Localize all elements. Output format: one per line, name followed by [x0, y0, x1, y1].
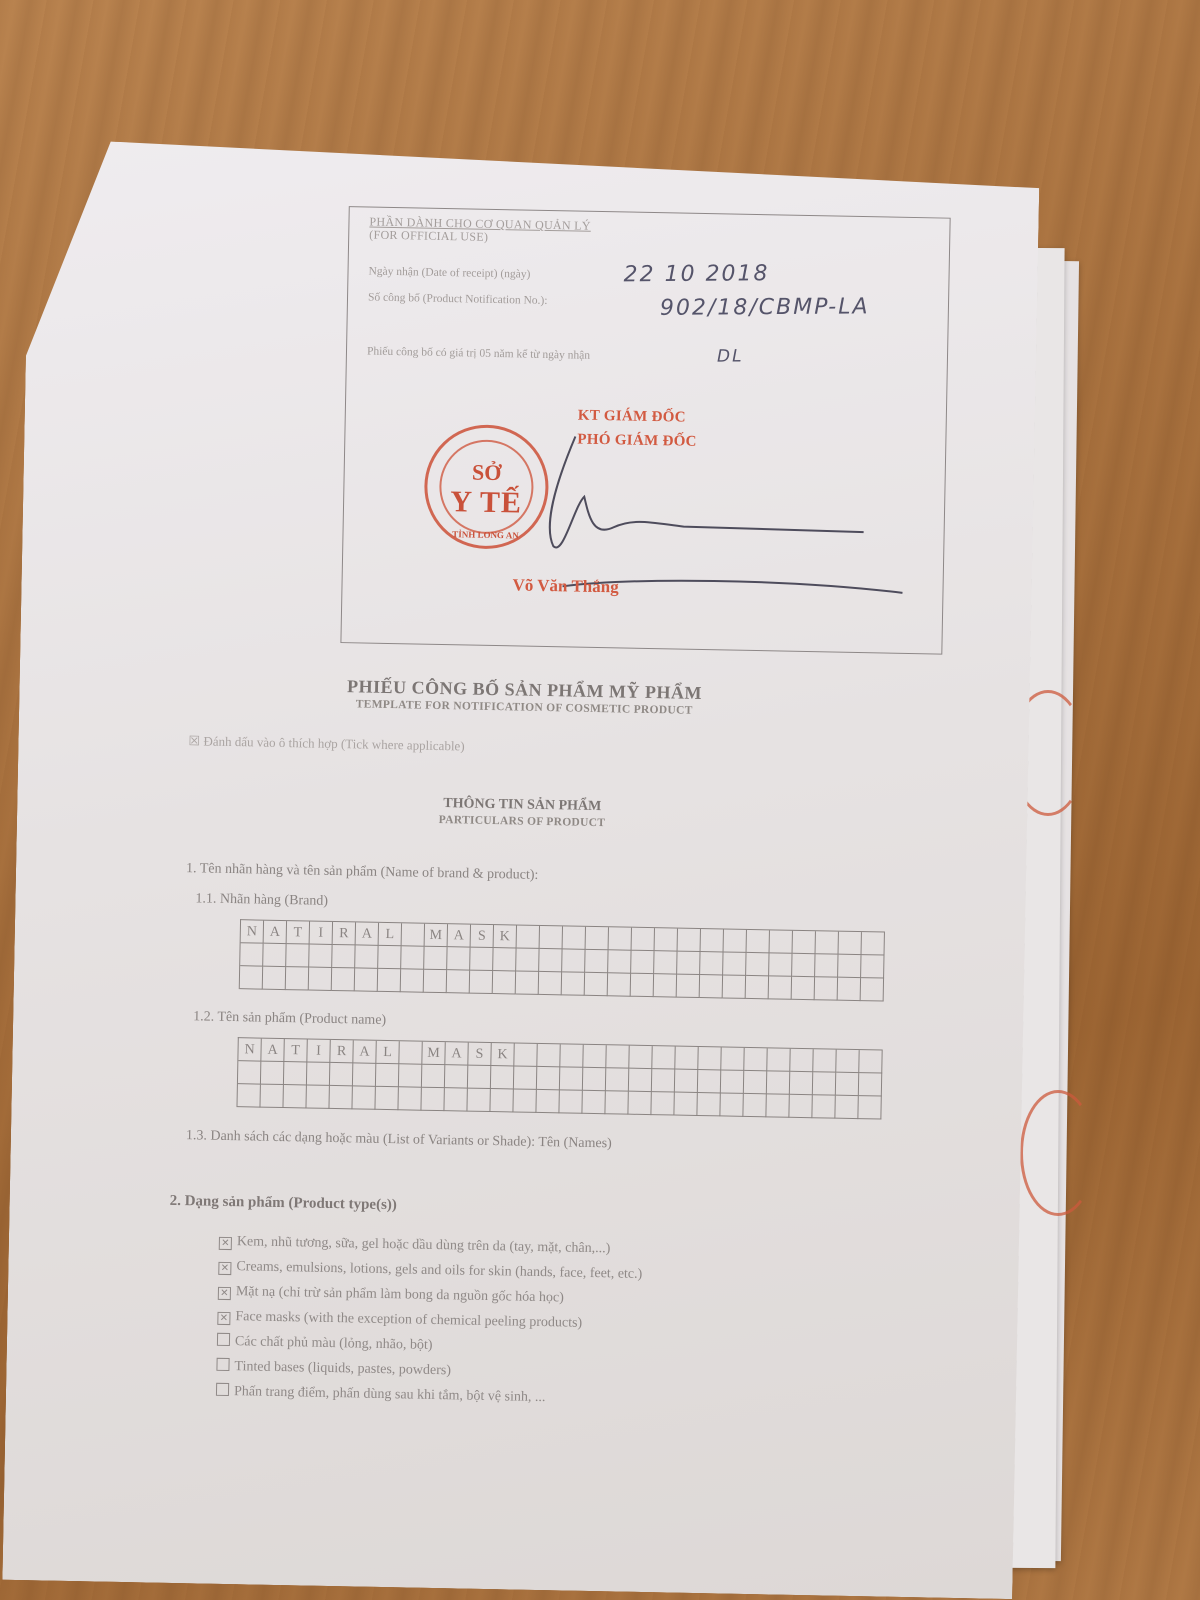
grid-cell: [700, 952, 723, 975]
grid-cell: M: [425, 924, 448, 947]
signer-name: Võ Văn Thắng: [512, 575, 619, 597]
grid-cell: [582, 1091, 605, 1114]
grid-cell: [355, 945, 378, 968]
grid-cell: [861, 978, 884, 1001]
grid-cell: [770, 930, 793, 953]
grid-cell: [375, 1087, 398, 1110]
grid-cell: [238, 1061, 261, 1084]
grid-cell: [632, 928, 655, 951]
official-use-header: PHẦN DÀNH CHO CƠ QUAN QUẢN LÝ (FOR OFFIC…: [369, 216, 591, 246]
grid-cell: I: [307, 1039, 330, 1062]
grid-cell: T: [287, 921, 310, 944]
product-type-label: Mặt nạ (chỉ trừ sản phẩm làm bong da ngu…: [236, 1284, 564, 1305]
grid-cell: [769, 976, 792, 999]
grid-cell: [836, 1050, 859, 1073]
grid-cell: [306, 1085, 329, 1108]
grid-cell: K: [491, 1043, 514, 1066]
grid-cell: [651, 1092, 674, 1115]
grid-cell: [513, 1089, 536, 1112]
grid-cell: [836, 1073, 859, 1096]
grid-cell: [447, 947, 470, 970]
grid-cell: [307, 1062, 330, 1085]
grid-cell: [674, 1093, 697, 1116]
grid-cell: [812, 1095, 835, 1118]
grid-cell: [606, 1068, 629, 1091]
grid-cell: [444, 1088, 467, 1111]
grid-cell: [859, 1073, 882, 1096]
grid-cell: [790, 1049, 813, 1072]
grid-cell: [332, 968, 355, 991]
grid-cell: K: [494, 925, 517, 948]
grid-cell: [675, 1070, 698, 1093]
grid-cell: [720, 1093, 743, 1116]
grid-cell: [283, 1085, 306, 1108]
grid-cell: [378, 969, 401, 992]
received-date-value: 22 10 2018: [623, 261, 769, 287]
grid-cell: [585, 973, 608, 996]
validity-initials: DL: [717, 346, 744, 366]
grid-cell: [698, 1070, 721, 1093]
grid-cell: [839, 932, 862, 955]
grid-cell: [353, 1063, 376, 1086]
grid-cell: [701, 929, 724, 952]
grid-cell: [858, 1096, 881, 1119]
validity-label: Phiếu công bố có giá trị 05 năm kể từ ng…: [367, 346, 590, 362]
grid-cell: [399, 1041, 422, 1064]
tick-instruction: ☒ Đánh dấu vào ô thích hợp (Tick where a…: [188, 733, 464, 754]
grid-cell: R: [330, 1040, 353, 1063]
grid-cell: [560, 1067, 583, 1090]
grid-cell: [539, 972, 562, 995]
grid-cell: [399, 1064, 422, 1087]
grid-cell: [352, 1086, 375, 1109]
grid-cell: [424, 947, 447, 970]
brand-label: 1.1. Nhãn hàng (Brand): [195, 891, 328, 910]
grid-cell: T: [284, 1039, 307, 1062]
grid-cell: [447, 970, 470, 993]
notification-form-page: PHẦN DÀNH CHO CƠ QUAN QUẢN LÝ (FOR OFFIC…: [2, 140, 1039, 1599]
grid-cell: [537, 1044, 560, 1067]
grid-cell: [516, 971, 539, 994]
grid-cell: [654, 974, 677, 997]
grid-cell: [721, 1070, 744, 1093]
grid-cell: [559, 1090, 582, 1113]
grid-cell: [540, 926, 563, 949]
grid-cell: [422, 1065, 445, 1088]
grid-cell: [470, 971, 493, 994]
checked-box-icon[interactable]: ✕: [218, 1287, 231, 1300]
grid-cell: [537, 1067, 560, 1090]
grid-cell: [468, 1066, 491, 1089]
grid-cell: [861, 955, 884, 978]
section2-heading: 2. Dạng sản phẩm (Product type(s)): [169, 1193, 397, 1214]
checked-box-icon[interactable]: ✕: [218, 1262, 231, 1275]
grid-cell: [652, 1069, 675, 1092]
grid-cell: [605, 1091, 628, 1114]
grid-cell: [491, 1066, 514, 1089]
grid-cell: [608, 973, 631, 996]
unchecked-box-icon[interactable]: [216, 1383, 229, 1396]
grid-cell: A: [448, 924, 471, 947]
received-date-label: Ngày nhận (Date of receipt) (ngày): [368, 266, 530, 281]
grid-cell: [563, 926, 586, 949]
grid-cell: [263, 944, 286, 967]
grid-cell: [608, 950, 631, 973]
grid-cell: [309, 968, 332, 991]
grid-cell: [536, 1090, 559, 1113]
grid-cell: [329, 1086, 352, 1109]
grid-cell: [606, 1045, 629, 1068]
grid-cell: [261, 1062, 284, 1085]
grid-cell: [514, 1043, 537, 1066]
unchecked-box-icon[interactable]: [216, 1358, 229, 1371]
grid-cell: L: [376, 1041, 399, 1064]
grid-cell: A: [353, 1040, 376, 1063]
grid-cell: [260, 1085, 283, 1108]
checked-box-icon[interactable]: ✕: [219, 1237, 232, 1250]
official-use-box: PHẦN DÀNH CHO CƠ QUAN QUẢN LÝ (FOR OFFIC…: [340, 206, 950, 654]
section1-heading: 1. Tên nhãn hàng và tên sản phẩm (Name o…: [186, 861, 539, 884]
grid-cell: [746, 953, 769, 976]
grid-cell: [815, 954, 838, 977]
official-seal: SỞ Y TẾ TỈNH LONG AN: [423, 424, 549, 550]
grid-cell: [838, 955, 861, 978]
grid-cell: [631, 974, 654, 997]
grid-cell: [747, 930, 770, 953]
grid-cell: [655, 928, 678, 951]
signature-title-1: KT GIÁM ĐỐC: [578, 408, 686, 427]
grid-cell: [401, 946, 424, 969]
grid-cell: [586, 927, 609, 950]
grid-cell: [263, 967, 286, 990]
grid-cell: [677, 952, 700, 975]
product-type-label: Face masks (with the exception of chemic…: [235, 1309, 582, 1331]
grid-cell: [743, 1094, 766, 1117]
grid-cell: [793, 931, 816, 954]
grid-cell: [697, 1093, 720, 1116]
grid-cell: [424, 970, 447, 993]
grid-cell: [237, 1084, 260, 1107]
grid-cell: [609, 927, 632, 950]
product-type-label: Kem, nhũ tương, sữa, gel hoặc dầu dùng t…: [237, 1234, 611, 1256]
grid-cell: [813, 1072, 836, 1095]
grid-cell: [792, 977, 815, 1000]
grid-cell: [240, 966, 263, 989]
grid-cell: [629, 1069, 652, 1092]
grid-cell: [398, 1087, 421, 1110]
unchecked-box-icon[interactable]: [217, 1333, 230, 1346]
grid-cell: [862, 932, 885, 955]
grid-cell: [421, 1088, 444, 1111]
grid-cell: [723, 975, 746, 998]
grid-cell: [402, 923, 425, 946]
grid-cell: [539, 949, 562, 972]
grid-cell: [445, 1065, 468, 1088]
grid-cell: S: [468, 1043, 491, 1066]
grid-cell: S: [471, 925, 494, 948]
grid-cell: [467, 1089, 490, 1112]
grid-cell: [835, 1096, 858, 1119]
grid-cell: [766, 1094, 789, 1117]
grid-cell: [493, 971, 516, 994]
grid-cell: [332, 945, 355, 968]
grid-cell: [585, 950, 608, 973]
grid-cell: L: [379, 923, 402, 946]
grid-cell: [767, 1048, 790, 1071]
checked-box-icon[interactable]: ✕: [217, 1312, 230, 1325]
grid-cell: [470, 948, 493, 971]
grid-cell: [813, 1049, 836, 1072]
grid-cell: N: [241, 920, 264, 943]
grid-cell: [355, 968, 378, 991]
grid-cell: [628, 1092, 651, 1115]
grid-cell: A: [261, 1039, 284, 1062]
grid-cell: [378, 946, 401, 969]
grid-cell: [767, 1071, 790, 1094]
grid-cell: [517, 925, 540, 948]
grid-cell: R: [333, 922, 356, 945]
grid-cell: [744, 1048, 767, 1071]
grid-cell: [401, 969, 424, 992]
variants-label: 1.3. Danh sách các dạng hoặc màu (List o…: [186, 1128, 612, 1152]
grid-cell: [816, 931, 839, 954]
grid-cell: [629, 1046, 652, 1069]
partial-stamp: [1020, 1090, 1096, 1216]
grid-cell: [838, 978, 861, 1001]
product-type-list: ✕Kem, nhũ tương, sữa, gel hoặc dầu dùng …: [216, 1229, 643, 1412]
grid-cell: [746, 976, 769, 999]
grid-cell: [790, 1072, 813, 1095]
brand-grid: NATIRAL MASK: [239, 919, 885, 1001]
grid-cell: [721, 1047, 744, 1070]
grid-cell: [562, 972, 585, 995]
grid-cell: [490, 1089, 513, 1112]
grid-cell: A: [445, 1042, 468, 1065]
grid-cell: [631, 951, 654, 974]
grid-cell: [724, 929, 747, 952]
grid-cell: I: [310, 922, 333, 945]
grid-cell: [309, 945, 332, 968]
grid-cell: [516, 948, 539, 971]
grid-cell: [652, 1046, 675, 1069]
grid-cell: [583, 1045, 606, 1068]
grid-cell: N: [238, 1038, 261, 1061]
grid-cell: [678, 929, 701, 952]
product-type-label: Creams, emulsions, lotions, gels and oil…: [236, 1259, 642, 1282]
grid-cell: M: [422, 1042, 445, 1065]
product-type-label: Phấn trang điểm, phấn dùng sau khi tắm, …: [234, 1384, 546, 1405]
grid-cell: [286, 944, 309, 967]
grid-cell: [675, 1047, 698, 1070]
grid-cell: [723, 952, 746, 975]
grid-cell: [677, 975, 700, 998]
grid-cell: [744, 1071, 767, 1094]
grid-cell: [560, 1044, 583, 1067]
notification-no-value: 902/18/CBMP-LA: [660, 294, 870, 320]
grid-cell: [700, 975, 723, 998]
grid-cell: [562, 949, 585, 972]
grid-cell: [654, 951, 677, 974]
product-type-label: Tinted bases (liquids, pastes, powders): [234, 1359, 451, 1378]
product-name-label: 1.2. Tên sản phẩm (Product name): [193, 1009, 386, 1029]
grid-cell: [514, 1066, 537, 1089]
grid-cell: [284, 1062, 307, 1085]
grid-cell: [792, 954, 815, 977]
grid-cell: [698, 1047, 721, 1070]
grid-cell: [769, 953, 792, 976]
product-name-grid: NATIRAL MASK: [236, 1037, 882, 1119]
grid-cell: [815, 977, 838, 1000]
grid-cell: A: [264, 921, 287, 944]
product-type-label: Các chất phủ màu (lỏng, nhão, bột): [235, 1334, 433, 1353]
grid-cell: [859, 1050, 882, 1073]
grid-cell: [493, 948, 516, 971]
grid-cell: [789, 1095, 812, 1118]
grid-cell: [330, 1063, 353, 1086]
grid-cell: [583, 1068, 606, 1091]
grid-cell: [376, 1064, 399, 1087]
grid-cell: [286, 967, 309, 990]
grid-cell: A: [356, 922, 379, 945]
notification-no-label: Số công bố (Product Notification No.):: [368, 292, 548, 307]
grid-cell: [240, 943, 263, 966]
